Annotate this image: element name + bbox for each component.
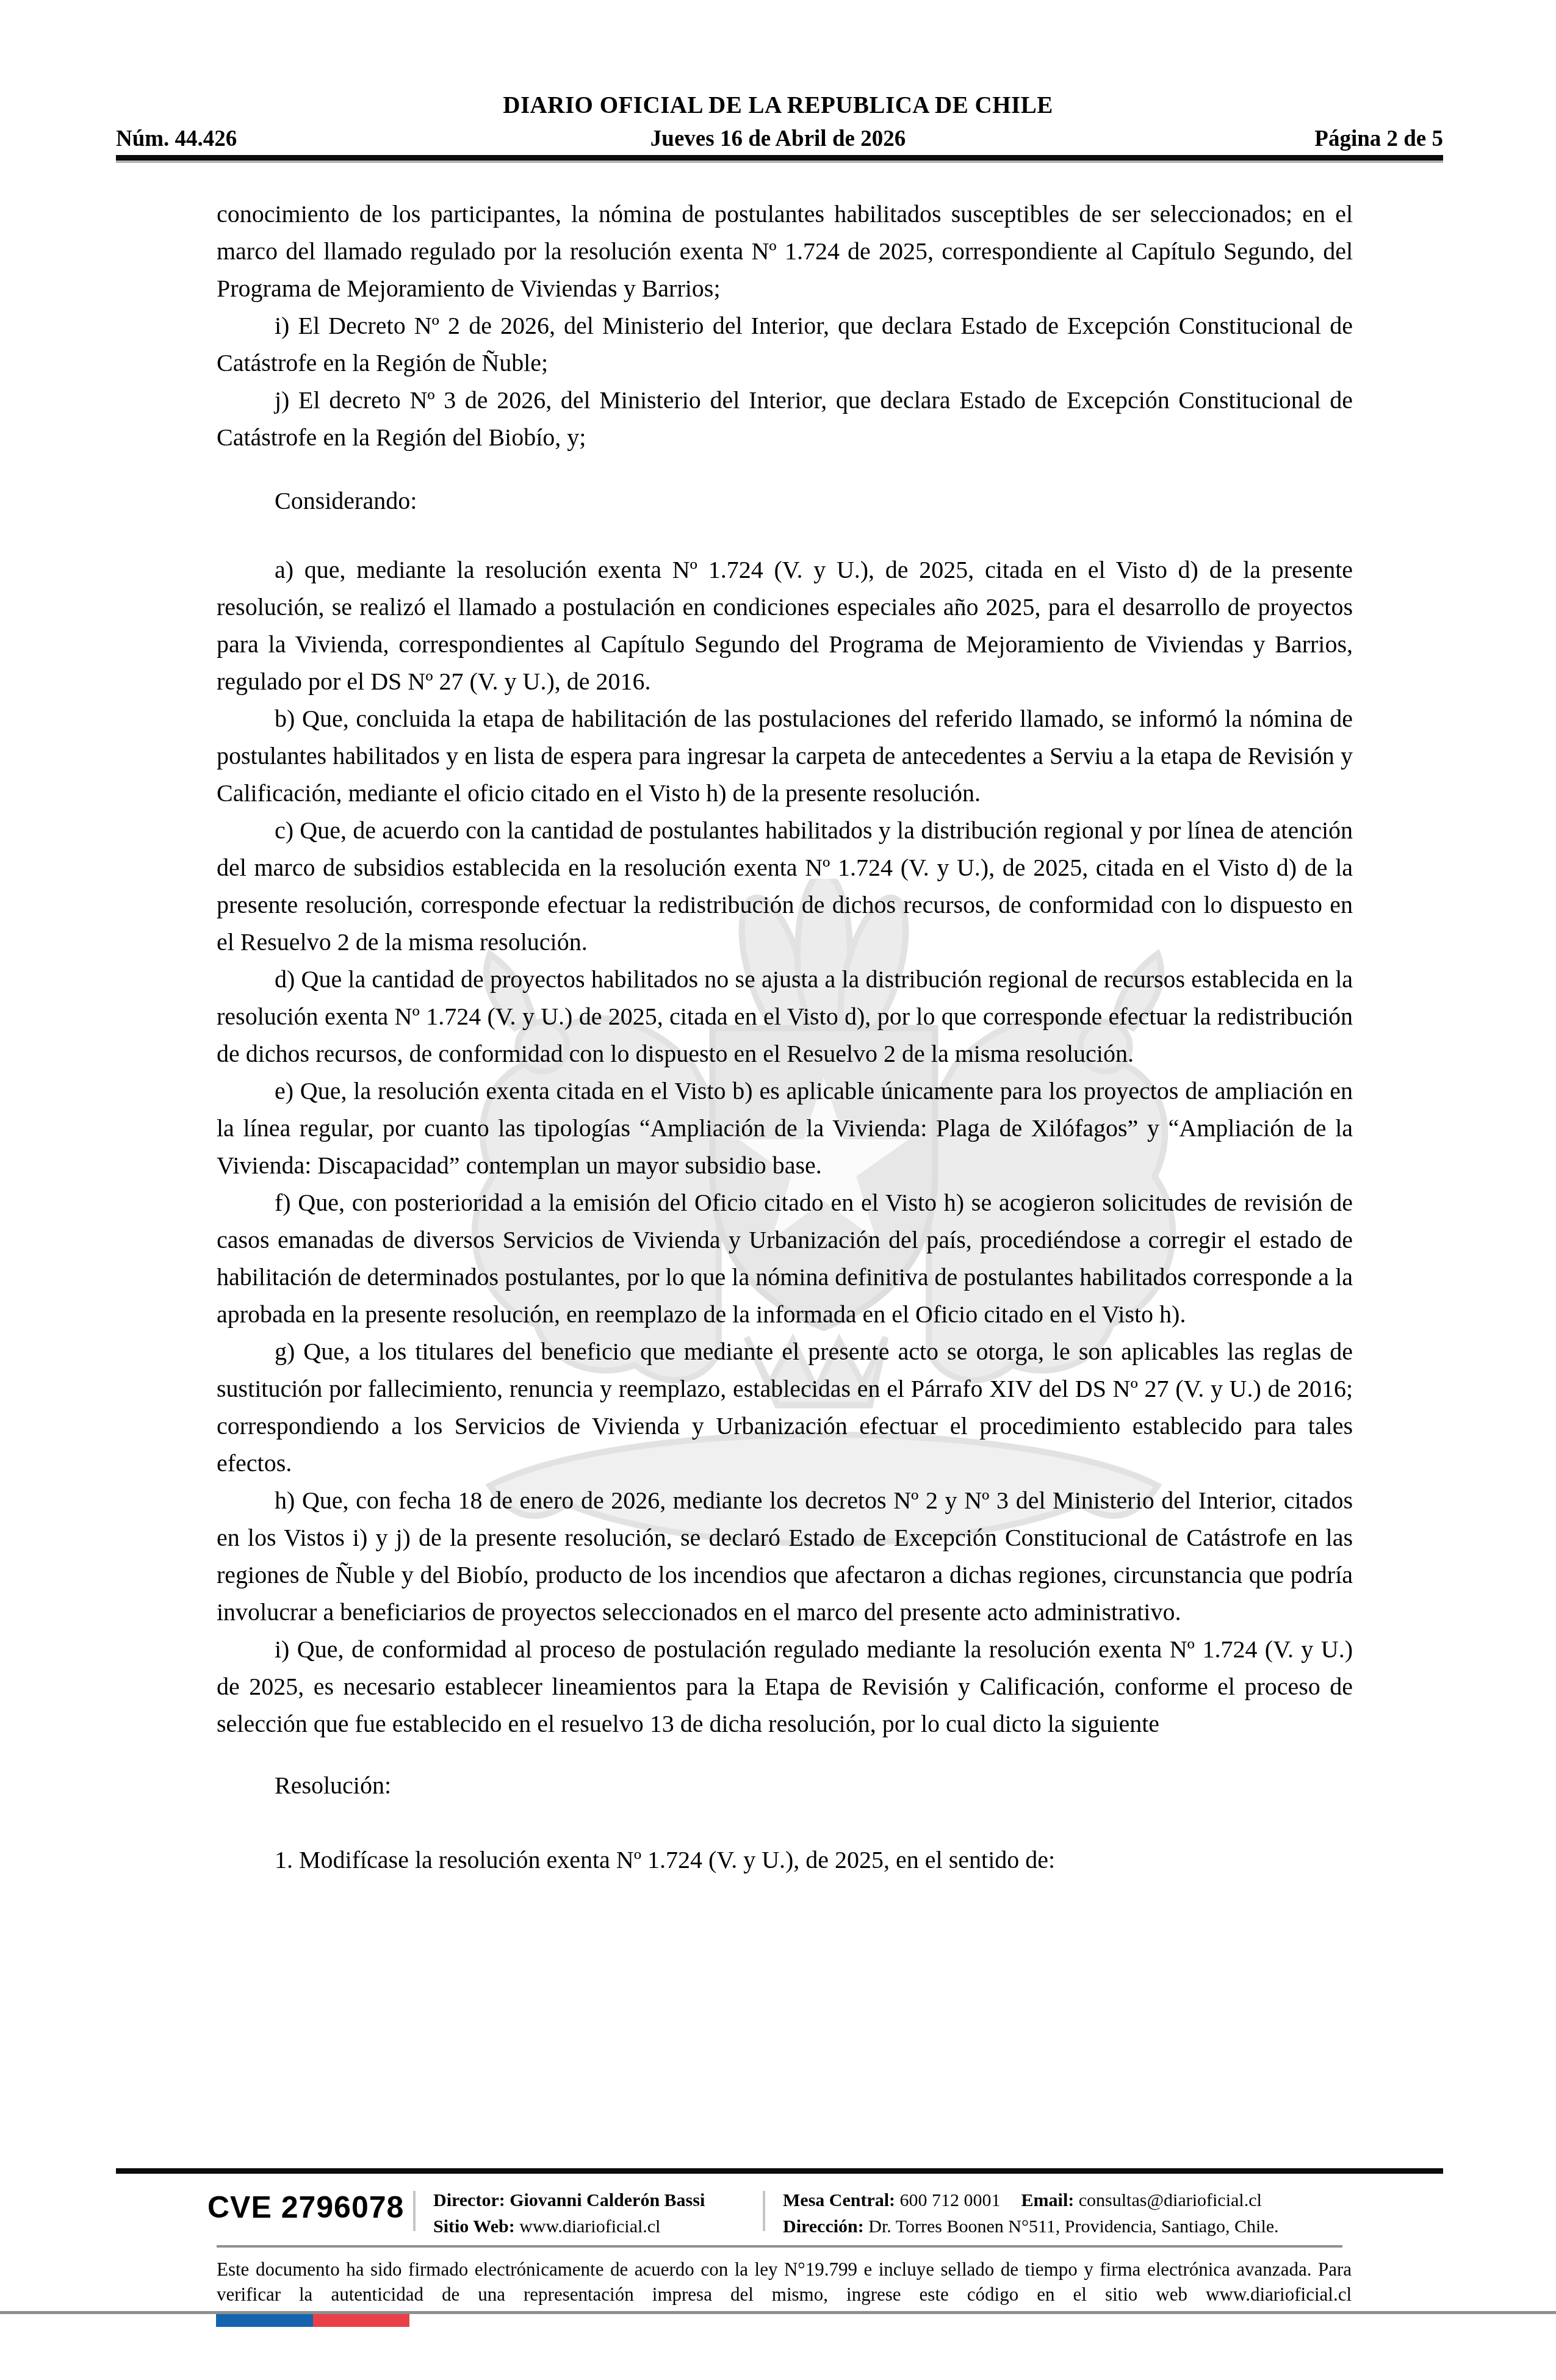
signature-disclaimer: Este documento ha sido firmado electróni… — [217, 2257, 1352, 2307]
director-line: Director: Giovanni Calderón Bassi — [433, 2187, 705, 2213]
mesa-central-line: Mesa Central: 600 712 0001Email: consult… — [783, 2187, 1279, 2213]
document-paragraph: 1. Modifícase la resolución exenta Nº 1.… — [217, 1841, 1353, 1878]
direccion-line: Dirección: Dr. Torres Boonen N°511, Prov… — [783, 2213, 1279, 2240]
document-paragraph: d) Que la cantidad de proyectos habilita… — [217, 961, 1353, 1072]
footer-divider — [413, 2191, 416, 2231]
director-name: Giovanni Calderón Bassi — [510, 2190, 705, 2210]
footer-divider — [763, 2191, 765, 2231]
journal-title: DIARIO OFICIAL DE LA REPUBLICA DE CHILE — [0, 92, 1556, 119]
sitio-web-line: Sitio Web: www.diarioficial.cl — [433, 2213, 705, 2240]
chile-flag-bar-icon — [216, 2314, 409, 2327]
document-paragraph: e) Que, la resolución exenta citada en e… — [217, 1072, 1353, 1184]
document-paragraph: f) Que, con posterioridad a la emisión d… — [217, 1184, 1353, 1333]
cve-code: CVE 2796078 — [207, 2190, 404, 2225]
document-paragraph: c) Que, de acuerdo con la cantidad de po… — [217, 812, 1353, 961]
document-paragraph: conocimiento de los participantes, la nó… — [217, 195, 1353, 307]
director-block: Director: Giovanni Calderón Bassi Sitio … — [433, 2187, 705, 2240]
document-paragraph: g) Que, a los titulares del beneficio qu… — [217, 1333, 1353, 1482]
flag-blue-segment — [216, 2314, 313, 2327]
document-paragraph: j) El decreto Nº 3 de 2026, del Minister… — [217, 381, 1353, 456]
document-paragraph: a) que, mediante la resolución exenta Nº… — [217, 551, 1353, 700]
page-indicator: Página 2 de 5 — [1314, 126, 1443, 152]
document-paragraph: Considerando: — [217, 482, 1353, 519]
footer-separator — [217, 2245, 1342, 2248]
document-paragraph: i) Que, de conformidad al proceso de pos… — [217, 1631, 1353, 1742]
document-paragraph: i) El Decreto Nº 2 de 2026, del Minister… — [217, 307, 1353, 381]
document-paragraph: Resolución: — [217, 1767, 1353, 1804]
footer-info-box: CVE 2796078 Director: Giovanni Calderón … — [116, 2168, 1443, 2251]
document-paragraph: b) Que, concluida la etapa de habilitaci… — [217, 700, 1353, 812]
header-rule — [116, 155, 1443, 163]
document-paragraph: h) Que, con fecha 18 de enero de 2026, m… — [217, 1482, 1353, 1631]
sitio-web-url: www.diarioficial.cl — [519, 2216, 660, 2237]
flag-red-segment — [313, 2314, 410, 2327]
gazette-page: DIARIO OFICIAL DE LA REPUBLICA DE CHILE … — [0, 0, 1556, 2380]
email-address: consultas@diarioficial.cl — [1079, 2190, 1262, 2210]
contact-block: Mesa Central: 600 712 0001Email: consult… — [783, 2187, 1279, 2240]
document-body: conocimiento de los participantes, la nó… — [217, 195, 1353, 1878]
mesa-central-number: 600 712 0001 — [900, 2190, 1001, 2210]
direccion-text: Dr. Torres Boonen N°511, Providencia, Sa… — [868, 2216, 1278, 2237]
